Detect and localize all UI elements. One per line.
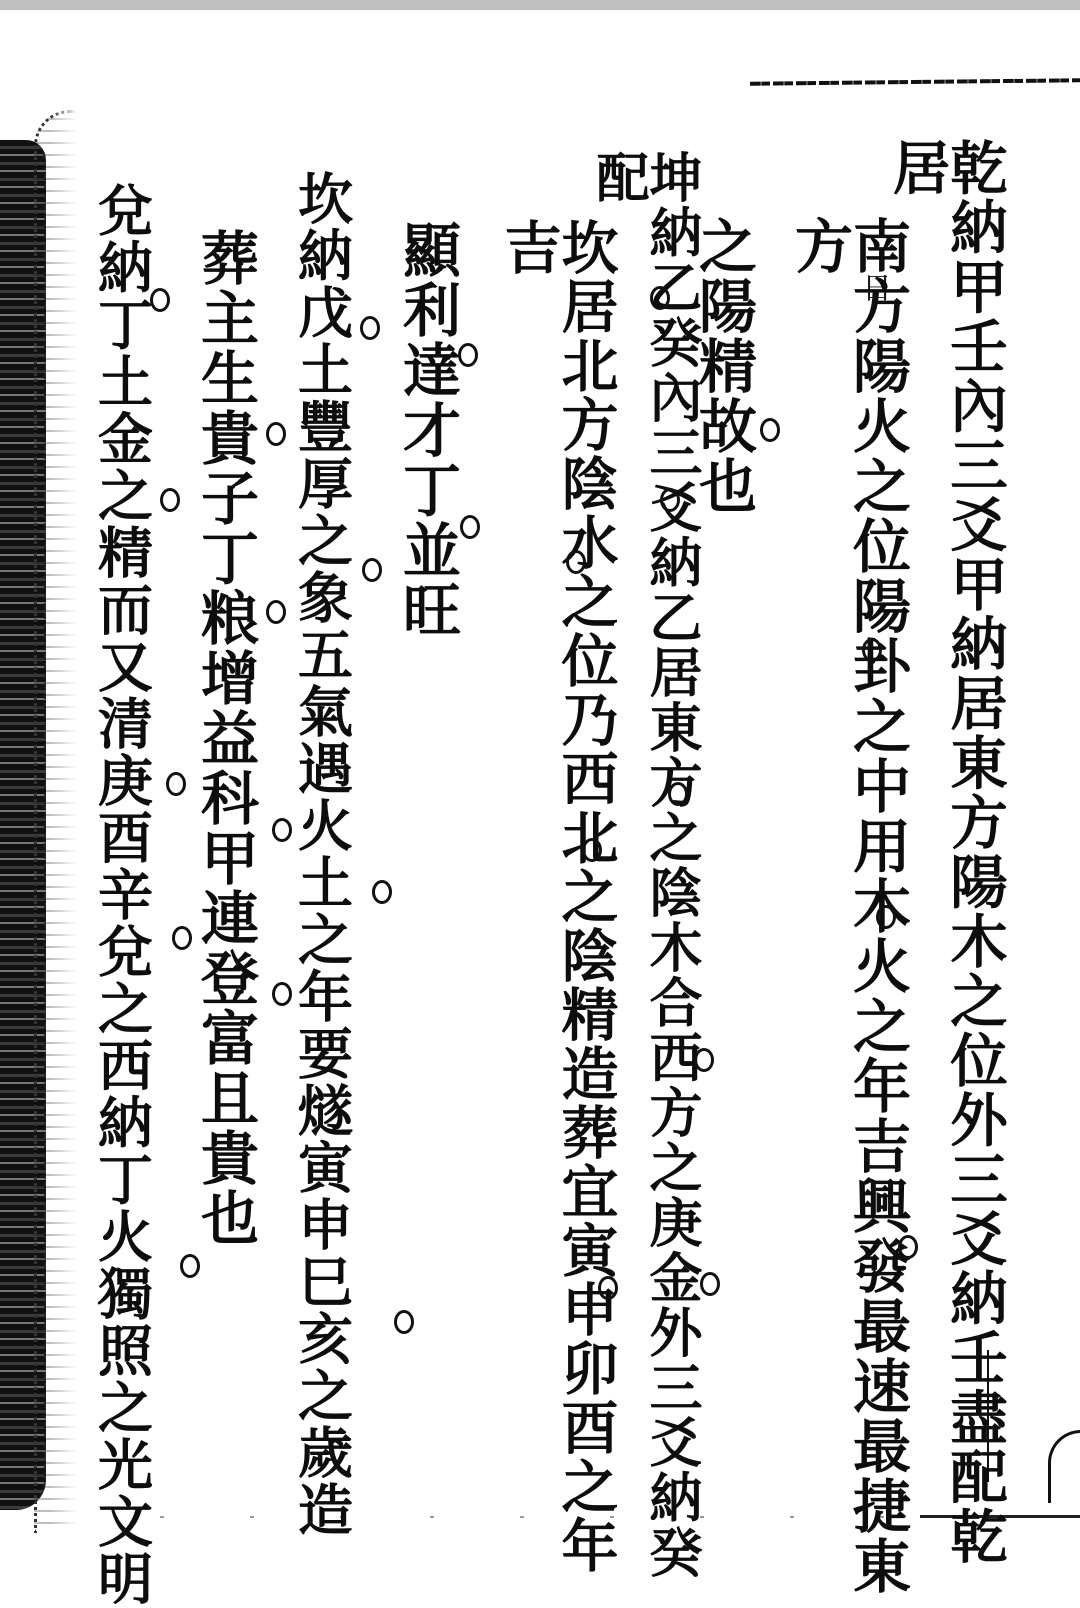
punctuation-circle bbox=[460, 515, 480, 539]
punctuation-circle bbox=[700, 1272, 720, 1296]
punctuation-circle bbox=[372, 880, 392, 904]
manuscript-page: 乾納甲壬內三爻甲納居東方陽木之位外三爻納壬盡配乾居 南方陽火之位陽卦之中用木火之… bbox=[0, 10, 1080, 1608]
punctuation-circle bbox=[694, 1048, 714, 1072]
frame-line-top bbox=[750, 78, 1080, 85]
text-column-5: 坎居北方陰水之位乃西北之陰精造葬宜寅申卯酉之年吉 bbox=[500, 218, 614, 1608]
punctuation-circle bbox=[862, 638, 882, 662]
punctuation-circle bbox=[266, 600, 286, 624]
margin-annotation: 日 bbox=[858, 272, 888, 302]
punctuation-circle bbox=[266, 422, 286, 446]
punctuation-circle bbox=[272, 982, 292, 1006]
punctuation-circle bbox=[898, 1235, 918, 1259]
punctuation-circle bbox=[180, 1254, 200, 1278]
punctuation-circle bbox=[760, 418, 780, 442]
punctuation-circle bbox=[362, 558, 382, 582]
punctuation-circle bbox=[272, 818, 292, 842]
punctuation-circle bbox=[660, 488, 680, 512]
text-column-7: 坎納戊土豐厚之象五氣遇火土之年要燧寅申巳亥之歲造 bbox=[294, 170, 349, 1538]
punctuation-circle bbox=[650, 286, 670, 310]
text-column-8: 葬主生貴子丁粮增益科甲連登富且貴也 bbox=[196, 228, 254, 1248]
punctuation-circle bbox=[160, 488, 180, 512]
punctuation-circle bbox=[360, 316, 380, 340]
punctuation-circle bbox=[668, 782, 688, 806]
text-column-6: 顯利達才丁並旺 bbox=[398, 220, 456, 640]
punctuation-circle bbox=[394, 1310, 414, 1334]
punctuation-circle bbox=[166, 772, 186, 796]
viewer-top-bar bbox=[0, 0, 1080, 10]
text-column-9: 兌納丁土金之精而又清庚酉辛兌之西納丁火獨照之光文明 bbox=[94, 182, 149, 1607]
corner-ornament bbox=[1048, 1430, 1080, 1503]
punctuation-circle bbox=[150, 288, 170, 312]
punctuation-circle bbox=[172, 926, 192, 950]
punctuation-circle bbox=[876, 905, 896, 929]
punctuation-circle bbox=[566, 550, 586, 574]
punctuation-circle bbox=[582, 838, 602, 862]
page-curl-edge bbox=[34, 110, 77, 1533]
punctuation-circle bbox=[598, 1276, 618, 1300]
punctuation-circle bbox=[458, 343, 478, 367]
